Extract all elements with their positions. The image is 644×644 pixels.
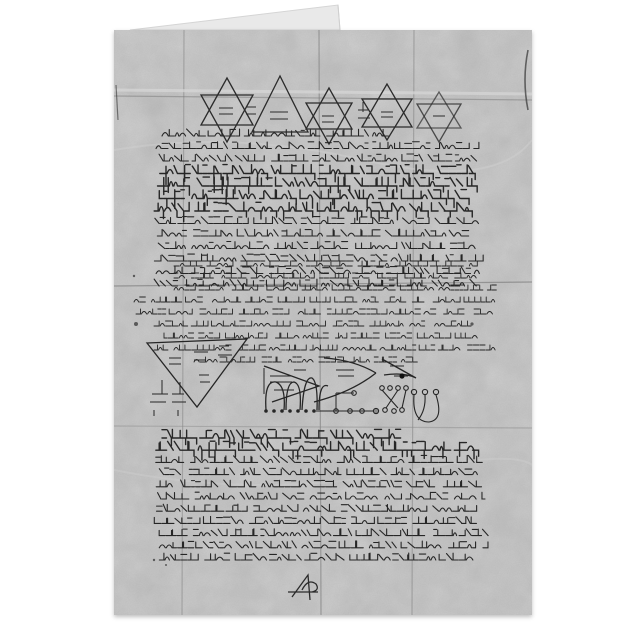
manuscript-artwork — [114, 30, 532, 615]
product-mockup — [0, 0, 644, 644]
card-front — [114, 30, 532, 615]
